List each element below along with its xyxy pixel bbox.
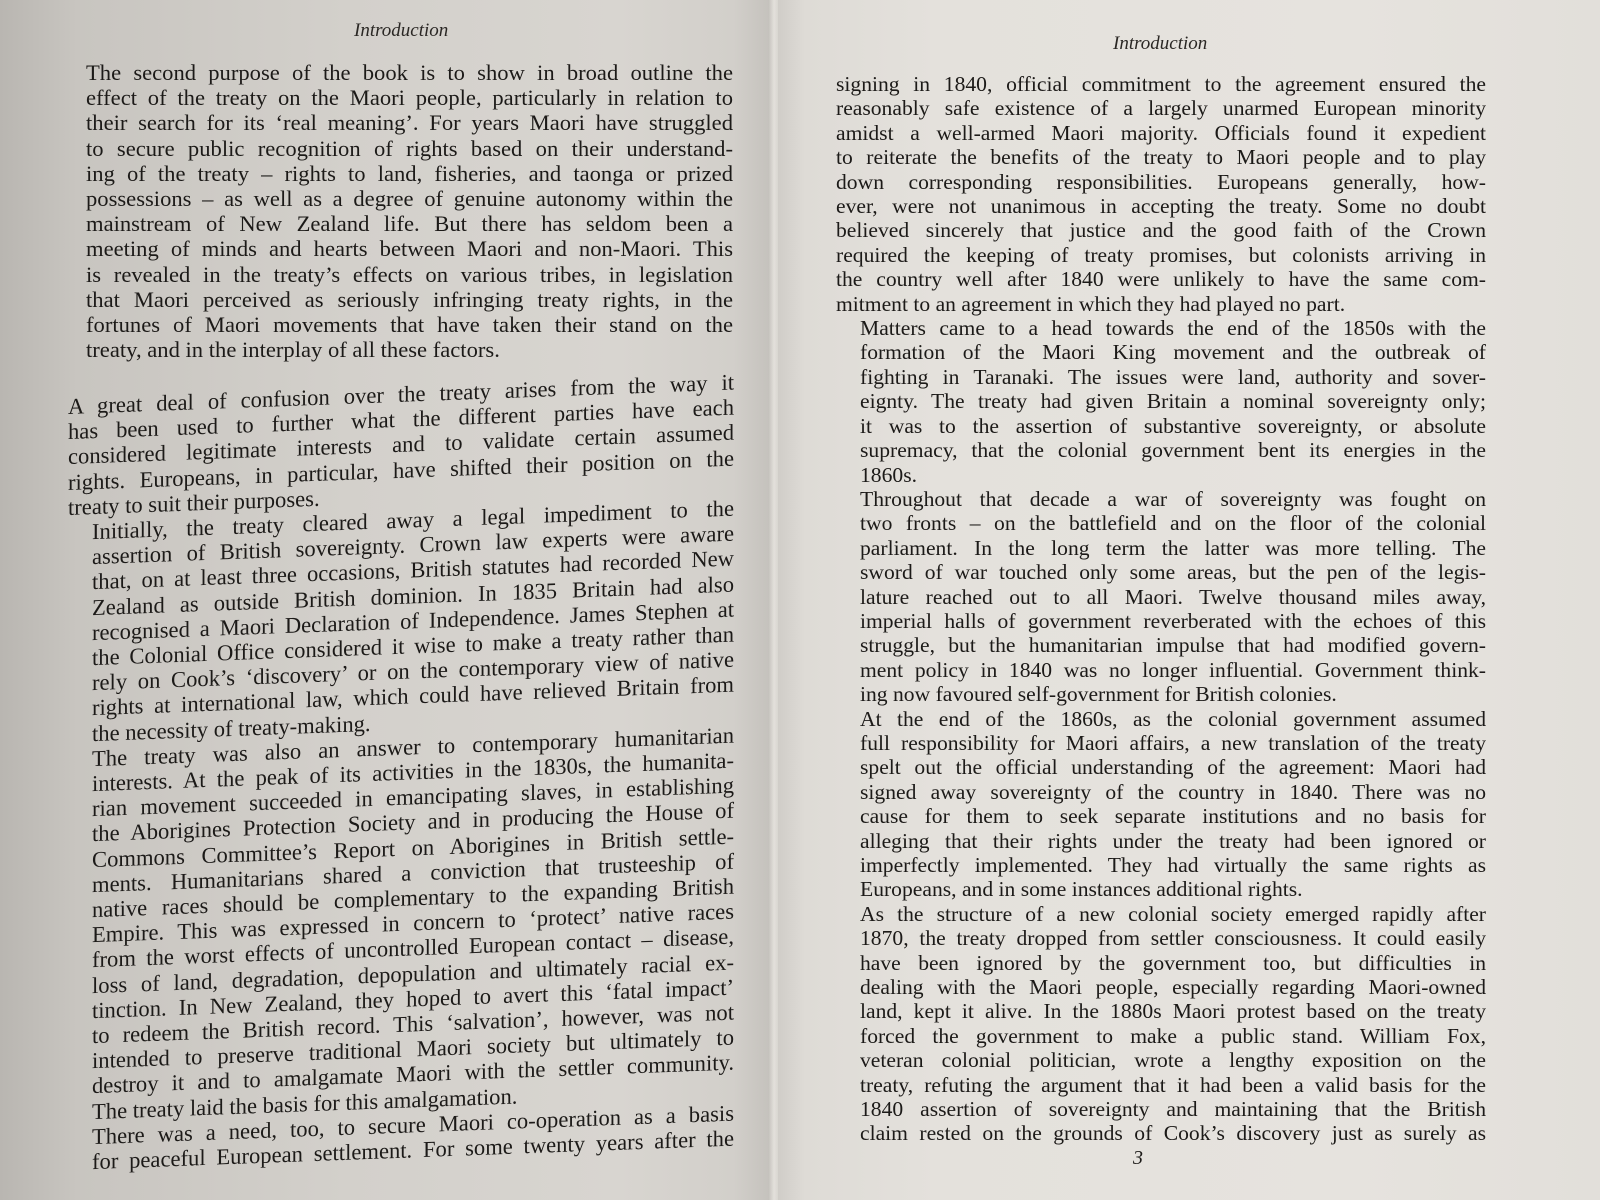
paragraph: Matters came to a head towards the end o… [836,316,1486,487]
text-line: claim rested on the grounds of Cook’s di… [836,1121,1486,1145]
text-line: meeting of minds and hearts between Maor… [62,236,733,261]
text-line: treaty, and in the interplay of all thes… [62,337,733,362]
paragraph: The treaty was also an answer to contemp… [68,722,734,1124]
text-line: Europeans, and in some instances additio… [836,877,1486,901]
text-line: struggle, but the humanitarian impulse t… [836,633,1486,657]
left-page-body-lower: A great deal of confusion over the treat… [68,370,734,1176]
text-line: ment policy in 1840 was no longer influe… [836,658,1486,682]
text-line: dealing with the Maori people, especiall… [836,975,1486,999]
text-line: signing in 1840, official commitment to … [836,72,1486,96]
text-line: sword of war touched only some areas, bu… [836,560,1486,584]
text-line: required the keeping of treaty promises,… [836,243,1486,267]
text-line: amidst a well-armed Maori majority. Offi… [836,121,1486,145]
text-line: down corresponding responsibilities. Eur… [836,170,1486,194]
text-line: possessions – as well as a degree of gen… [62,186,733,211]
text-line: veteran colonial politician, wrote a len… [836,1048,1486,1072]
text-line: As the structure of a new colonial socie… [836,902,1486,926]
text-line: supremacy, that the colonial government … [836,438,1486,462]
text-line: treaty, refuting the argument that it ha… [836,1073,1486,1097]
text-line: reasonably safe existence of a largely u… [836,96,1486,120]
text-line: that Maori perceived as seriously infrin… [62,287,733,312]
text-line: full responsibility for Maori affairs, a… [836,731,1486,755]
text-line: their search for its ‘real meaning’. For… [62,110,733,135]
text-line: to reiterate the benefits of the treaty … [836,145,1486,169]
text-line: formation of the Maori King movement and… [836,340,1486,364]
paragraph: Throughout that decade a war of sovereig… [836,487,1486,707]
text-line: Matters came to a head towards the end o… [836,316,1486,340]
paragraph: As the structure of a new colonial socie… [836,902,1486,1146]
text-line: imperial halls of government reverberate… [836,609,1486,633]
text-line: mitment to an agreement in which they ha… [836,292,1486,316]
page-number: 3 [1133,1147,1143,1170]
paragraph: The second purpose of the book is to sho… [62,60,733,362]
text-line: ing of the treaty – rights to land, fish… [62,161,733,186]
text-line: The second purpose of the book is to sho… [62,60,733,85]
text-line: eignty. The treaty had given Britain a n… [836,389,1486,413]
text-line: the country well after 1840 were unlikel… [836,267,1486,291]
text-line: Throughout that decade a war of sovereig… [836,487,1486,511]
text-line: believed sincerely that justice and the … [836,218,1486,242]
paragraph: At the end of the 1860s, as the colonial… [836,707,1486,902]
right-page-body: signing in 1840, official commitment to … [836,72,1486,1146]
text-line: forced the government to make a public s… [836,1024,1486,1048]
text-line: signed away sovereignty of the country i… [836,780,1486,804]
text-line: is revealed in the treaty’s effects on v… [62,262,733,287]
text-line: 1870, the treaty dropped from settler co… [836,926,1486,950]
text-line: At the end of the 1860s, as the colonial… [836,707,1486,731]
text-line: fortunes of Maori movements that have ta… [62,312,733,337]
paragraph: Initially, the treaty cleared away a leg… [68,496,734,747]
text-line: effect of the treaty on the Maori people… [62,85,733,110]
text-line: it was to the assertion of substantive s… [836,414,1486,438]
text-line: alleging that their rights under the tre… [836,829,1486,853]
left-page-body-upper: The second purpose of the book is to sho… [62,60,733,362]
text-line: fighting in Taranaki. The issues were la… [836,365,1486,389]
text-line: ever, were not unanimous in accepting th… [836,194,1486,218]
text-line: ing now favoured self-government for Bri… [836,682,1486,706]
text-line: cause for them to seek separate institut… [836,804,1486,828]
text-line: lature reached out to all Maori. Twelve … [836,585,1486,609]
text-line: have been ignored by the government too,… [836,951,1486,975]
text-line: to secure public recognition of rights b… [62,136,733,161]
text-line: two fronts – on the battlefield and on t… [836,511,1486,535]
text-line: 1860s. [836,463,1486,487]
left-running-head: Introduction [354,20,448,42]
right-running-head: Introduction [1113,33,1207,55]
text-line: land, kept it alive. In the 1880s Maori … [836,999,1486,1023]
text-line: spelt out the official understanding of … [836,755,1486,779]
paragraph: A great deal of confusion over the treat… [68,370,734,520]
paragraph: signing in 1840, official commitment to … [836,72,1486,316]
book-gutter [768,0,778,1200]
text-line: parliament. In the long term the latter … [836,536,1486,560]
text-line: 1840 assertion of sovereignty and mainta… [836,1097,1486,1121]
text-line: mainstream of New Zealand life. But ther… [62,211,733,236]
text-line: imperfectly implemented. They had virtua… [836,853,1486,877]
